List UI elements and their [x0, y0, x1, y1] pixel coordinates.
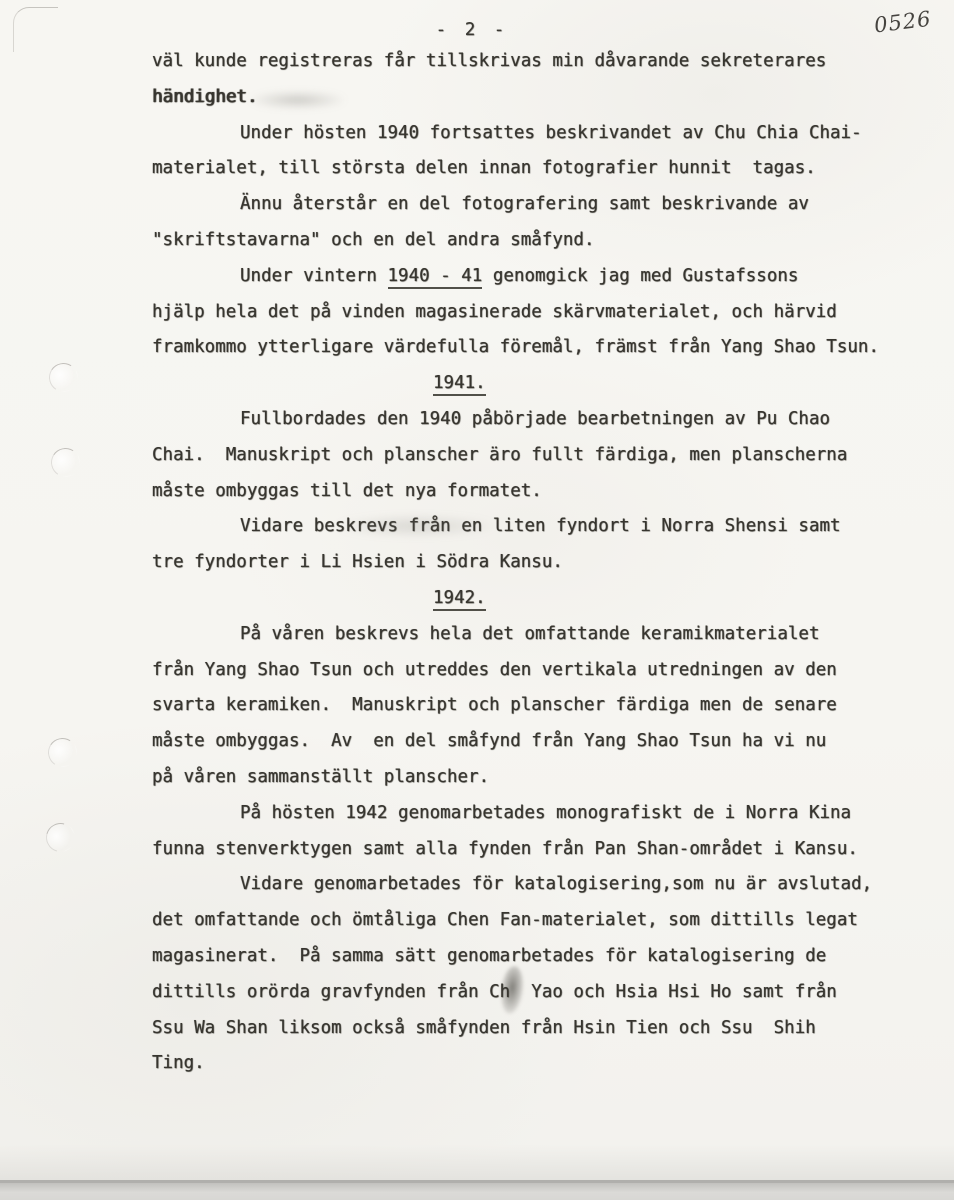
- text-line: funna stenverktygen samt alla fynden frå…: [152, 832, 922, 868]
- text-line: "skriftstavarna" och en del andra småfyn…: [152, 223, 922, 259]
- text-run: Ännu återstår en del fotografering samt …: [240, 194, 809, 214]
- underlined-text: 1940 - 41: [388, 266, 483, 289]
- text-run: svarta keramiken. Manuskript och plansch…: [152, 695, 837, 715]
- text-run: Ssu Wa Shan liksom också småfynden från …: [152, 1018, 816, 1038]
- underlined-text: 1942.: [433, 588, 486, 611]
- text-run: dittills orörda gravfynden från Ch Yao o…: [152, 982, 837, 1002]
- ink-smudge: [250, 92, 345, 108]
- year-heading: 1941.: [152, 366, 922, 402]
- text-run: det omfattande och ömtåliga Chen Fan-mat…: [152, 910, 858, 930]
- punch-hole: [41, 818, 81, 858]
- text-run: På hösten 1942 genomarbetades monografis…: [240, 803, 851, 823]
- punch-hole: [46, 360, 80, 394]
- text-run: från Yang Shao Tsun och utreddes den ver…: [152, 660, 837, 680]
- text-run: framkommo ytterligare värdefulla föremål…: [152, 337, 879, 357]
- text-run: Fullbordades den 1940 påbörjade bearbetn…: [240, 409, 830, 429]
- text-line: Fullbordades den 1940 påbörjade bearbetn…: [152, 402, 922, 438]
- text-line: väl kunde registreras får tillskrivas mi…: [152, 44, 922, 80]
- punch-hole: [48, 445, 82, 479]
- text-run: Ting.: [152, 1053, 205, 1073]
- text-run: materialet, till största delen innan fot…: [152, 158, 816, 178]
- text-run: väl kunde registreras får tillskrivas mi…: [152, 51, 826, 71]
- document-page: - 2 - 0526 väl kunde registreras får til…: [0, 0, 954, 1183]
- year-heading: 1942.: [152, 581, 922, 617]
- text-line: Ännu återstår en del fotografering samt …: [152, 187, 922, 223]
- text-line: Under hösten 1940 fortsattes beskrivande…: [152, 116, 922, 152]
- text-run: "skriftstavarna" och en del andra småfyn…: [152, 230, 595, 250]
- text-run: måste ombyggas. Av en del småfynd från Y…: [152, 731, 826, 751]
- text-run: magasinerat. På samma sätt genomarbetade…: [152, 946, 826, 966]
- text-line: måste ombyggas. Av en del småfynd från Y…: [152, 724, 922, 760]
- text-run: tre fyndorter i Li Hsien i Södra Kansu.: [152, 552, 563, 572]
- text-line: Vidare beskrevs från en liten fyndort i …: [152, 509, 922, 545]
- text-line: hjälp hela det på vinden magasinerade sk…: [152, 295, 922, 331]
- text-line: från Yang Shao Tsun och utreddes den ver…: [152, 653, 922, 689]
- text-run: händighet.: [152, 87, 257, 107]
- text-run: funna stenverktygen samt alla fynden frå…: [152, 839, 858, 859]
- text-line: materialet, till största delen innan fot…: [152, 151, 922, 187]
- text-line: det omfattande och ömtåliga Chen Fan-mat…: [152, 903, 922, 939]
- text-line: Chai. Manuskript och planscher äro fullt…: [152, 438, 922, 474]
- text-run: På våren beskrevs hela det omfattande ke…: [240, 624, 819, 644]
- text-line: magasinerat. På samma sätt genomarbetade…: [152, 939, 922, 975]
- text-run: på våren sammanställt planscher.: [152, 767, 489, 787]
- text-line: framkommo ytterligare värdefulla föremål…: [152, 330, 922, 366]
- text-run: måste ombyggas till det nya formatet.: [152, 481, 542, 501]
- underlined-text: 1941.: [433, 373, 486, 396]
- page-edge: [0, 1183, 954, 1200]
- text-line: På våren beskrevs hela det omfattande ke…: [152, 617, 922, 653]
- text-line: Ssu Wa Shan liksom också småfynden från …: [152, 1011, 922, 1047]
- text-run: hjälp hela det på vinden magasinerade sk…: [152, 302, 837, 322]
- text-run: genomgick jag med Gustafssons: [482, 266, 798, 286]
- text-line: Under vintern 1940 - 41 genomgick jag me…: [152, 259, 922, 295]
- text-line: Vidare genomarbetades för katalogisering…: [152, 867, 922, 903]
- text-run: Vidare beskrevs från en liten fyndort i …: [240, 516, 841, 536]
- text-line: tre fyndorter i Li Hsien i Södra Kansu.: [152, 545, 922, 581]
- text-run: Under vintern: [240, 266, 388, 286]
- ink-smudge: [336, 515, 496, 537]
- archive-stamp: 0526: [873, 7, 933, 38]
- text-line: måste ombyggas till det nya formatet.: [152, 474, 922, 510]
- text-line: På hösten 1942 genomarbetades monografis…: [152, 796, 922, 832]
- text-run: Under hösten 1940 fortsattes beskrivande…: [240, 123, 862, 143]
- text-line: Ting.: [152, 1046, 922, 1082]
- page-number: - 2 -: [427, 20, 517, 40]
- text-run: Vidare genomarbetades för katalogisering…: [240, 874, 872, 894]
- text-line: dittills orörda gravfynden från Ch Yao o…: [152, 975, 922, 1011]
- punch-hole: [45, 735, 79, 769]
- page-corner: [13, 7, 58, 52]
- typewritten-text: väl kunde registreras får tillskrivas mi…: [152, 44, 922, 1082]
- text-line: svarta keramiken. Manuskript och plansch…: [152, 688, 922, 724]
- text-run: Chai. Manuskript och planscher äro fullt…: [152, 445, 847, 465]
- text-line: på våren sammanställt planscher.: [152, 760, 922, 796]
